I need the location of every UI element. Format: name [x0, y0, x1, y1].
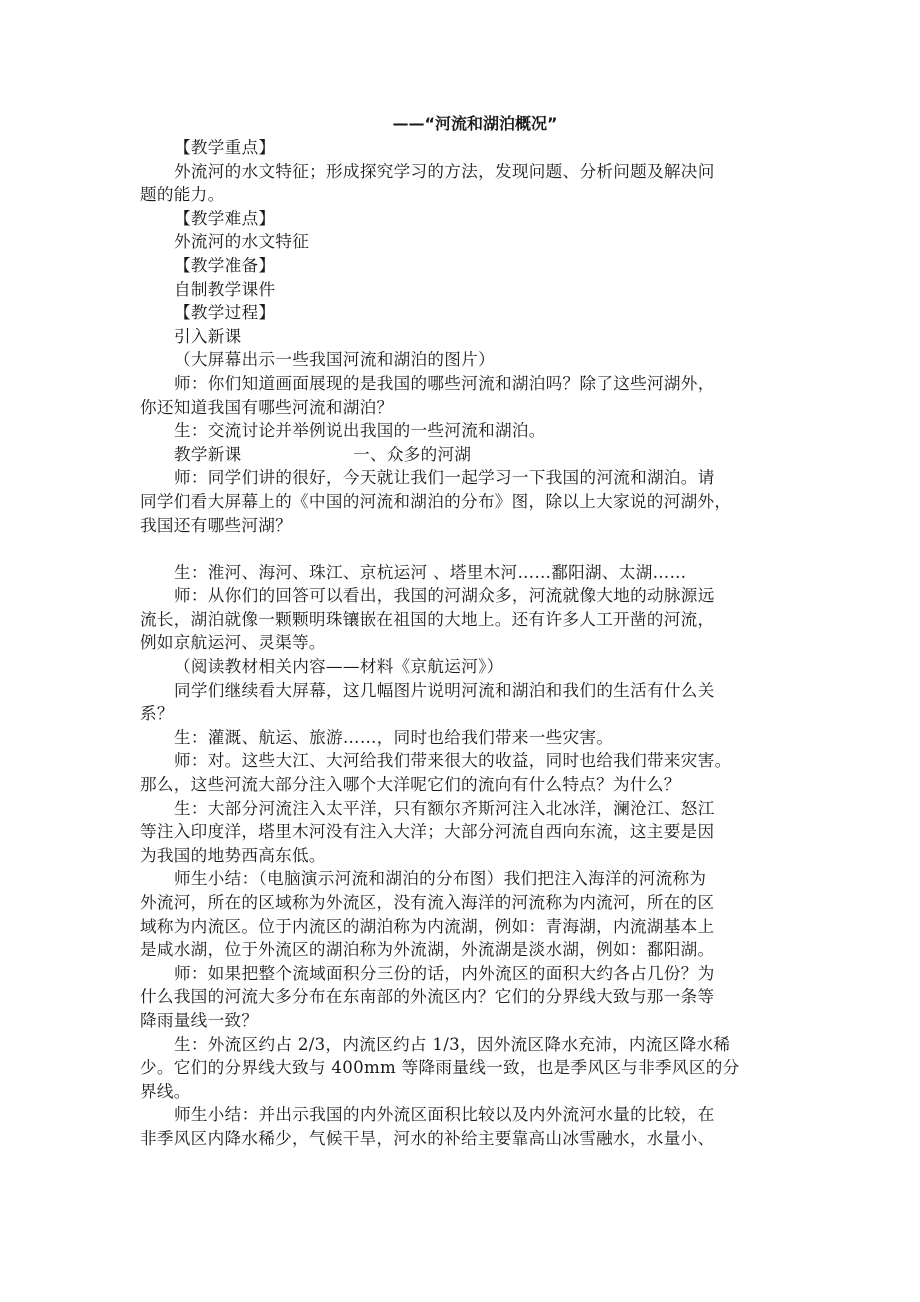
- paragraph-line: 域称为内流区。位于内流区的湖泊称为内流湖，例如：青海湖，内流湖基本上: [140, 915, 770, 939]
- paragraph-line: 外流河，所在的区域称为外流区，没有流入海洋的河流称为内流河，所在的区: [140, 891, 770, 915]
- paragraph-line: 师生小结：（电脑演示河流和湖泊的分布图）我们把注入海洋的河流称为: [140, 867, 770, 891]
- paragraph-line: 师：如果把整个流域面积分三份的话，内外流区的面积大约各占几份？为: [140, 962, 770, 986]
- paragraph-line: 为我国的地势西高东低。: [140, 844, 770, 868]
- paragraph-line: 师：从你们的回答可以看出，我国的河湖众多，河流就像大地的动脉源远: [140, 584, 770, 608]
- subheading-intro: 引入新课: [140, 325, 770, 349]
- paragraph-line: 师：同学们讲的很好，今天就让我们一起学习一下我国的河流和湖泊。请: [140, 466, 770, 490]
- paragraph-line: 生：外流区约占 2/3，内流区约占 1/3，因外流区降水充沛，内流区降水稀: [140, 1033, 770, 1057]
- paragraph-line: 例如京航运河、灵渠等。: [140, 631, 770, 655]
- paragraph-line: 同学们看大屏幕上的《中国的河流和湖泊的分布》图，除以上大家说的河湖外，: [140, 490, 770, 514]
- paragraph-line: 生：大部分河流注入太平洋，只有额尔齐斯河注入北冰洋，澜沧江、怒江: [140, 797, 770, 821]
- paragraph-line: 生：淮河、海河、珠江、京杭运河 、塔里木河……鄱阳湖、太湖……: [140, 561, 770, 585]
- paragraph-line: 题的能力。: [140, 183, 770, 207]
- document-title: ——“河流和湖泊概况”: [140, 112, 770, 136]
- paragraph-line: 系？: [140, 702, 770, 726]
- paragraph-line: 流长，湖泊就像一颗颗明珠镶嵌在祖国的大地上。还有许多人工开凿的河流，: [140, 608, 770, 632]
- stage-note: （大屏幕出示一些我国河流和湖泊的图片）: [140, 348, 770, 372]
- heading-teaching-difficulty: 【教学难点】: [140, 207, 770, 231]
- paragraph-line: 少。它们的分界线大致与 400mm 等降雨量线一致，也是季风区与非季风区的分: [140, 1056, 770, 1080]
- paragraph-line: 什么我国的河流大多分布在东南部的外流区内？它们的分界线大致与那一条等: [140, 985, 770, 1009]
- paragraph-line: 你还知道我国有哪些河流和湖泊？: [140, 396, 770, 420]
- blank-line: [140, 537, 770, 561]
- paragraph-line: 生：灌溉、航运、旅游……，同时也给我们带来一些灾害。: [140, 726, 770, 750]
- paragraph-line: 非季风区内降水稀少，气候干旱，河水的补给主要靠高山冰雪融水，水量小、: [140, 1127, 770, 1151]
- paragraph-line: 那么，这些河流大部分注入哪个大洋呢它们的流向有什么特点？为什么？: [140, 773, 770, 797]
- paragraph-line: 师生小结：并出示我国的内外流区面积比较以及内外流河水量的比较，在: [140, 1103, 770, 1127]
- paragraph-line: 外流河的水文特征；形成探究学习的方法，发现问题、分析问题及解决问: [140, 160, 770, 184]
- paragraph-line: 降雨量线一致？: [140, 1009, 770, 1033]
- paragraph-line: 师：你们知道画面展现的是我国的哪些河流和湖泊吗？除了这些河湖外，: [140, 372, 770, 396]
- subheading-new-lesson: 教学新课 一、众多的河湖: [140, 443, 770, 467]
- paragraph-line: 是咸水湖，位于外流区的湖泊称为外流湖，外流湖是淡水湖，例如：鄱阳湖。: [140, 938, 770, 962]
- document-page: ——“河流和湖泊概况” 【教学重点】 外流河的水文特征；形成探究学习的方法，发现…: [140, 112, 770, 1151]
- heading-teaching-focus: 【教学重点】: [140, 136, 770, 160]
- heading-teaching-process: 【教学过程】: [140, 301, 770, 325]
- paragraph-line: 等注入印度洋，塔里木河没有注入大洋；大部分河流自西向东流，这主要是因: [140, 820, 770, 844]
- stage-note: （阅读教材相关内容——材料《京航运河》）: [140, 655, 770, 679]
- paragraph-line: 同学们继续看大屏幕，这几幅图片说明河流和湖泊和我们的生活有什么关: [140, 679, 770, 703]
- heading-teaching-preparation: 【教学准备】: [140, 254, 770, 278]
- paragraph-line: 外流河的水文特征: [140, 230, 770, 254]
- paragraph-line: 界线。: [140, 1080, 770, 1104]
- paragraph-line: 我国还有哪些河湖？: [140, 514, 770, 538]
- paragraph-line: 生：交流讨论并举例说出我国的一些河流和湖泊。: [140, 419, 770, 443]
- paragraph-line: 师：对。这些大江、大河给我们带来很大的收益，同时也给我们带来灾害。: [140, 749, 770, 773]
- paragraph-line: 自制教学课件: [140, 278, 770, 302]
